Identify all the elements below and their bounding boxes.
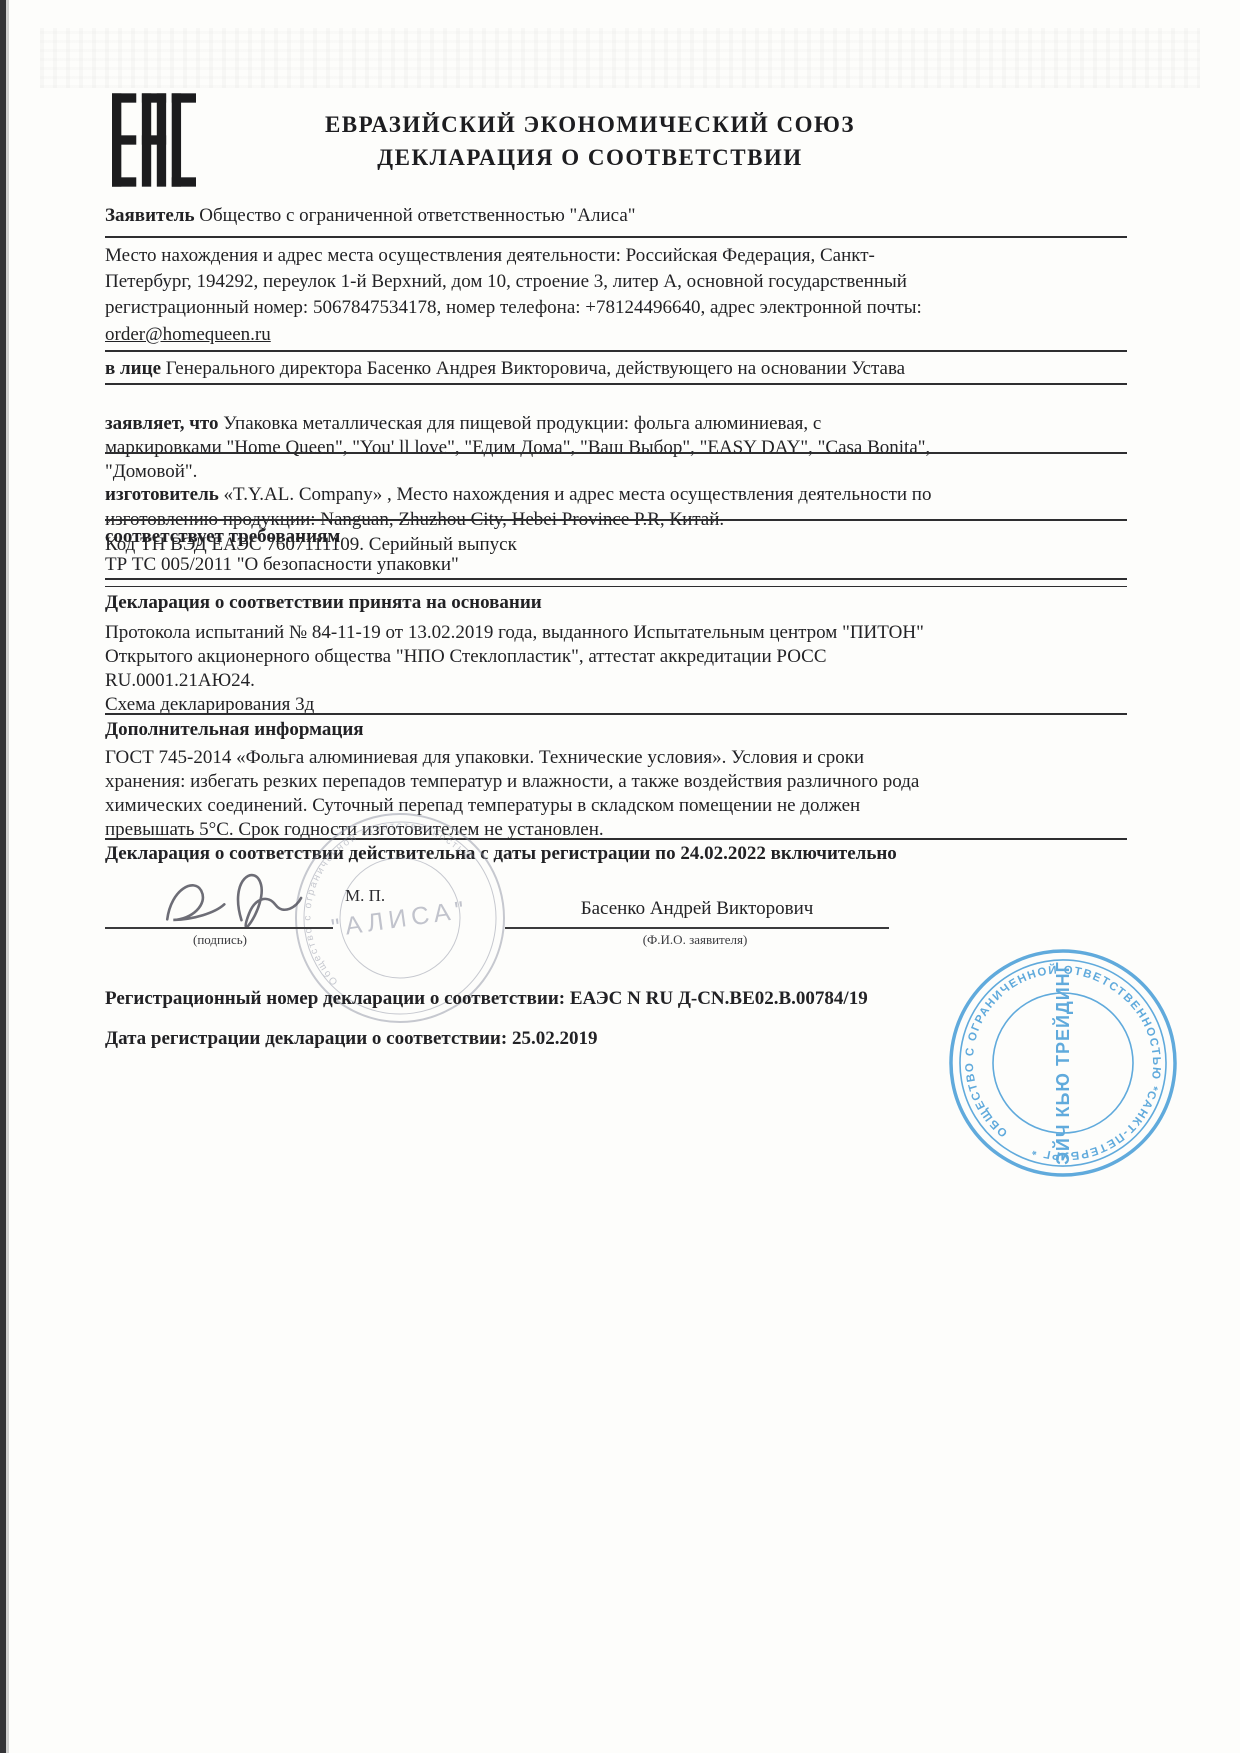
rule-under-address (105, 350, 1127, 352)
mp-seal-label: М. П. (345, 886, 385, 906)
rule-under-declares (105, 452, 1127, 454)
applicant-value: Общество с ограниченной ответственностью… (195, 205, 636, 226)
additional-heading: Дополнительная информация (105, 719, 364, 741)
registration-date-label: Дата регистрации декларации о соответств… (105, 1028, 507, 1049)
title-line-union: ЕВРАЗИЙСКИЙ ЭКОНОМИЧЕСКИЙ СОЮЗ (230, 108, 950, 141)
blue-stamp-center-text: ЭЙЧ КЬЮ ТРЕЙДИНГ (1052, 961, 1073, 1165)
rule-double-top (105, 578, 1127, 580)
rule-under-manufacturer (105, 519, 1127, 521)
rule-under-applicant (105, 236, 1127, 238)
blue-stamp-city-text: САНКТ-ПЕТЕРБУРГ * (1022, 1087, 1167, 1169)
in-person-value: Генерального директора Басенко Андрея Ви… (161, 358, 905, 379)
document-title: ЕВРАЗИЙСКИЙ ЭКОНОМИЧЕСКИЙ СОЮЗ ДЕКЛАРАЦИ… (230, 108, 950, 174)
signature-caption: (подпись) (150, 932, 290, 948)
registration-number-value: ЕАЭС N RU Д-CN.ВЕ02.В.00784/19 (565, 988, 868, 1009)
address-email-line: order@homequeen.ru (105, 322, 1117, 348)
name-underline (505, 927, 889, 929)
complies-heading: соответствует требованиям (105, 526, 340, 548)
declarant-name: Басенко Андрей Викторович (505, 898, 889, 920)
rule-under-basis (105, 713, 1127, 715)
in-person-label: в лице (105, 358, 161, 379)
blue-round-stamp: ОБЩЕСТВО С ОГРАНИЧЕННОЙ ОТВЕТСТВЕННОСТЬЮ… (938, 938, 1188, 1193)
eac-logo-icon (112, 93, 196, 192)
in-person-line: в лице Генерального директора Басенко Ан… (105, 356, 1117, 382)
scan-noise-band (40, 28, 1200, 88)
applicant-line: Заявитель Общество с ограниченной ответс… (105, 203, 1117, 229)
rule-under-in-person (105, 383, 1127, 385)
basis-heading: Декларация о соответствии принята на осн… (105, 592, 542, 614)
title-line-declaration: ДЕКЛАРАЦИЯ О СООТВЕТСТВИИ (230, 141, 950, 174)
basis-paragraph: Протокола испытаний № 84-11-19 от 13.02.… (105, 621, 1117, 717)
additional-paragraph: ГОСТ 745-2014 «Фольга алюминиевая для уп… (105, 746, 1117, 842)
rule-under-additional (105, 838, 1127, 840)
signature-underline (105, 927, 333, 929)
applicant-label: Заявитель (105, 205, 195, 226)
registration-date-value: 25.02.2019 (507, 1028, 597, 1049)
name-caption: (Ф.И.О. заявителя) (575, 932, 815, 948)
registration-number-label: Регистрационный номер декларации о соотв… (105, 988, 565, 1009)
complies-text: ТР ТС 005/2011 "О безопасности упаковки" (105, 552, 1117, 578)
scan-left-edge-shadow (6, 0, 9, 1753)
rule-double-bottom (105, 586, 1127, 587)
declares-label: заявляет, что (105, 413, 219, 434)
svg-text:САНКТ-ПЕТЕРБУРГ *: САНКТ-ПЕТЕРБУРГ * (1022, 1087, 1167, 1169)
email-text: order@homequeen.ru (105, 324, 271, 345)
address-paragraph: Место нахождения и адрес места осуществл… (105, 243, 1117, 321)
declaration-document-page: ЕВРАЗИЙСКИЙ ЭКОНОМИЧЕСКИЙ СОЮЗ ДЕКЛАРАЦИ… (0, 0, 1240, 1753)
manufacturer-label: изготовитель (105, 484, 219, 505)
